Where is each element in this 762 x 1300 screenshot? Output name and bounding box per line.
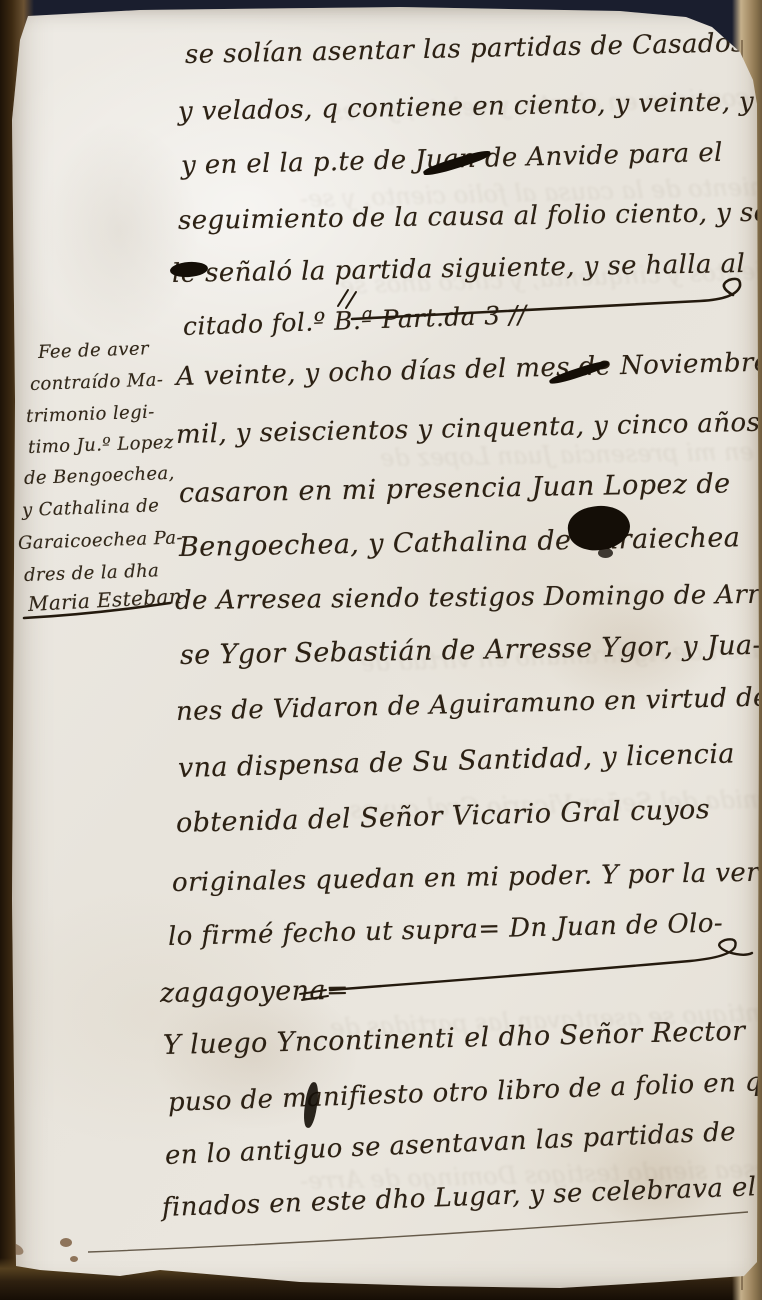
pen-flourishes [0, 0, 762, 1300]
manuscript-photo: y velados, q contiene en ciento, y veint… [0, 0, 762, 1300]
manuscript-page: y velados, q contiene en ciento, y veint… [0, 0, 762, 1300]
